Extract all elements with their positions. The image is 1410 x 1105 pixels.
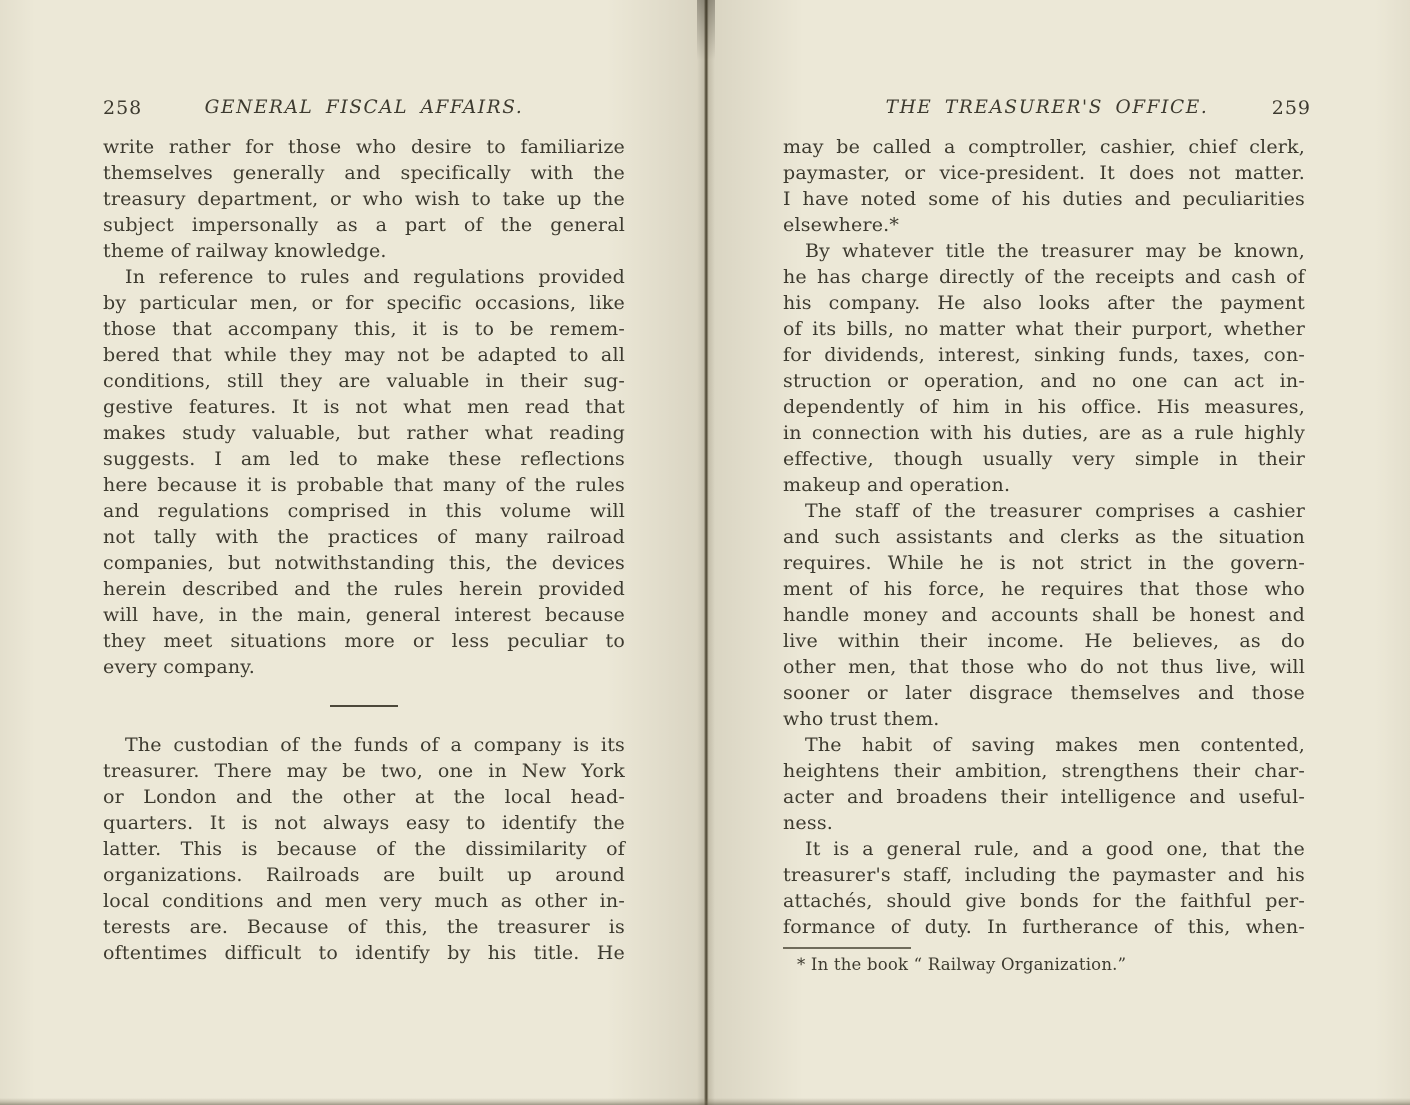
text-line: other men, that those who do not thus li… [783, 654, 1305, 680]
text-line: quarters. It is not always easy to ident… [103, 810, 625, 836]
text-line: his company. He also looks after the pay… [783, 290, 1305, 316]
text-line: live within their income. He believes, a… [783, 628, 1305, 654]
section-divider [103, 680, 625, 732]
paragraph: In reference to rules and regulations pr… [103, 264, 625, 680]
page-body: may be called a comptroller, cashier, ch… [783, 134, 1305, 940]
text-line: It is a general rule, and a good one, th… [783, 836, 1305, 862]
text-line: he has charge directly of the receipts a… [783, 264, 1305, 290]
text-line: organizations. Railroads are built up ar… [103, 862, 625, 888]
page-header-right: THE TREASURER'S OFFICE. 259 [783, 97, 1311, 123]
text-line: latter. This is because of the dissimila… [103, 836, 625, 862]
text-line: oftentimes difficult to identify by his … [103, 940, 625, 966]
footnote-text: * In the book “ Railway Organization.” [783, 954, 1305, 976]
text-line: elsewhere.* [783, 212, 1305, 238]
text-line: The staff of the treasurer comprises a c… [783, 498, 1305, 524]
text-line: treasurer's staff, including the paymast… [783, 862, 1305, 888]
page-right: THE TREASURER'S OFFICE. 259 may be calle… [705, 0, 1410, 1105]
text-line: ment of his force, he requires that thos… [783, 576, 1305, 602]
page-number: 258 [103, 97, 142, 119]
text-line: here because it is probable that many of… [103, 472, 625, 498]
text-line: by particular men, or for specific occas… [103, 290, 625, 316]
paragraph: may be called a comptroller, cashier, ch… [783, 134, 1305, 238]
footnote: * In the book “ Railway Organization.” [783, 947, 1305, 976]
text-line: write rather for those who desire to fam… [103, 134, 625, 160]
text-line: attachés, should give bonds for the fait… [783, 888, 1305, 914]
paragraph: write rather for those who desire to fam… [103, 134, 625, 264]
page-number: 259 [1272, 97, 1311, 119]
text-line: handle money and accounts shall be hones… [783, 602, 1305, 628]
text-line: paymaster, or vice-president. It does no… [783, 160, 1305, 186]
text-line: or London and the other at the local hea… [103, 784, 625, 810]
running-header: THE TREASURER'S OFFICE. [783, 97, 1311, 118]
text-line: effective, though usually very simple in… [783, 446, 1305, 472]
text-line: will have, in the main, general interest… [103, 602, 625, 628]
page-body: write rather for those who desire to fam… [103, 134, 625, 966]
text-line: may be called a comptroller, cashier, ch… [783, 134, 1305, 160]
text-line: and such assistants and clerks as the si… [783, 524, 1305, 550]
text-line: acter and broadens their intelligence an… [783, 784, 1305, 810]
text-line: By whatever title the treasurer may be k… [783, 238, 1305, 264]
paragraph: By whatever title the treasurer may be k… [783, 238, 1305, 498]
text-line: for dividends, interest, sinking funds, … [783, 342, 1305, 368]
text-line: companies, but notwithstanding this, the… [103, 550, 625, 576]
text-line: not tally with the practices of many rai… [103, 524, 625, 550]
text-line: local conditions and men very much as ot… [103, 888, 625, 914]
text-line: bered that while they may not be adapted… [103, 342, 625, 368]
text-line: treasurer. There may be two, one in New … [103, 758, 625, 784]
footnote-rule [783, 947, 911, 949]
text-line: makes study valuable, but rather what re… [103, 420, 625, 446]
page-header-left: 258 GENERAL FISCAL AFFAIRS. [103, 97, 625, 123]
text-line: requires. While he is not strict in the … [783, 550, 1305, 576]
text-line: formance of duty. In furtherance of this… [783, 914, 1305, 940]
text-line: I have noted some of his duties and pecu… [783, 186, 1305, 212]
book-spread: 258 GENERAL FISCAL AFFAIRS. write rather… [0, 0, 1410, 1105]
running-header: GENERAL FISCAL AFFAIRS. [103, 97, 625, 118]
text-line: makeup and operation. [783, 472, 1305, 498]
paragraph: The staff of the treasurer comprises a c… [783, 498, 1305, 732]
text-line: theme of railway knowledge. [103, 238, 625, 264]
text-line: ness. [783, 810, 1305, 836]
text-line: those that accompany this, it is to be r… [103, 316, 625, 342]
text-line: herein described and the rules herein pr… [103, 576, 625, 602]
text-line: struction or operation, and no one can a… [783, 368, 1305, 394]
paragraph: The habit of saving makes men contented,… [783, 732, 1305, 836]
text-line: dependently of him in his office. His me… [783, 394, 1305, 420]
text-line: and regulations comprised in this volume… [103, 498, 625, 524]
text-line: gestive features. It is not what men rea… [103, 394, 625, 420]
text-line: treasury department, or who wish to take… [103, 186, 625, 212]
text-line: every company. [103, 654, 625, 680]
text-line: who trust them. [783, 706, 1305, 732]
paragraph: It is a general rule, and a good one, th… [783, 836, 1305, 940]
text-line: sooner or later disgrace themselves and … [783, 680, 1305, 706]
text-line: conditions, still they are valuable in t… [103, 368, 625, 394]
text-line: subject impersonally as a part of the ge… [103, 212, 625, 238]
text-line: of its bills, no matter what their purpo… [783, 316, 1305, 342]
page-left: 258 GENERAL FISCAL AFFAIRS. write rather… [0, 0, 705, 1105]
text-line: terests are. Because of this, the treasu… [103, 914, 625, 940]
text-line: in connection with his duties, are as a … [783, 420, 1305, 446]
text-line: The custodian of the funds of a company … [103, 732, 625, 758]
text-line: In reference to rules and regulations pr… [103, 264, 625, 290]
text-line: they meet situations more or less peculi… [103, 628, 625, 654]
paragraph: The custodian of the funds of a company … [103, 732, 625, 966]
text-line: themselves generally and specifically wi… [103, 160, 625, 186]
text-line: The habit of saving makes men contented, [783, 732, 1305, 758]
text-line: heightens their ambition, strengthens th… [783, 758, 1305, 784]
text-line: suggests. I am led to make these reflect… [103, 446, 625, 472]
